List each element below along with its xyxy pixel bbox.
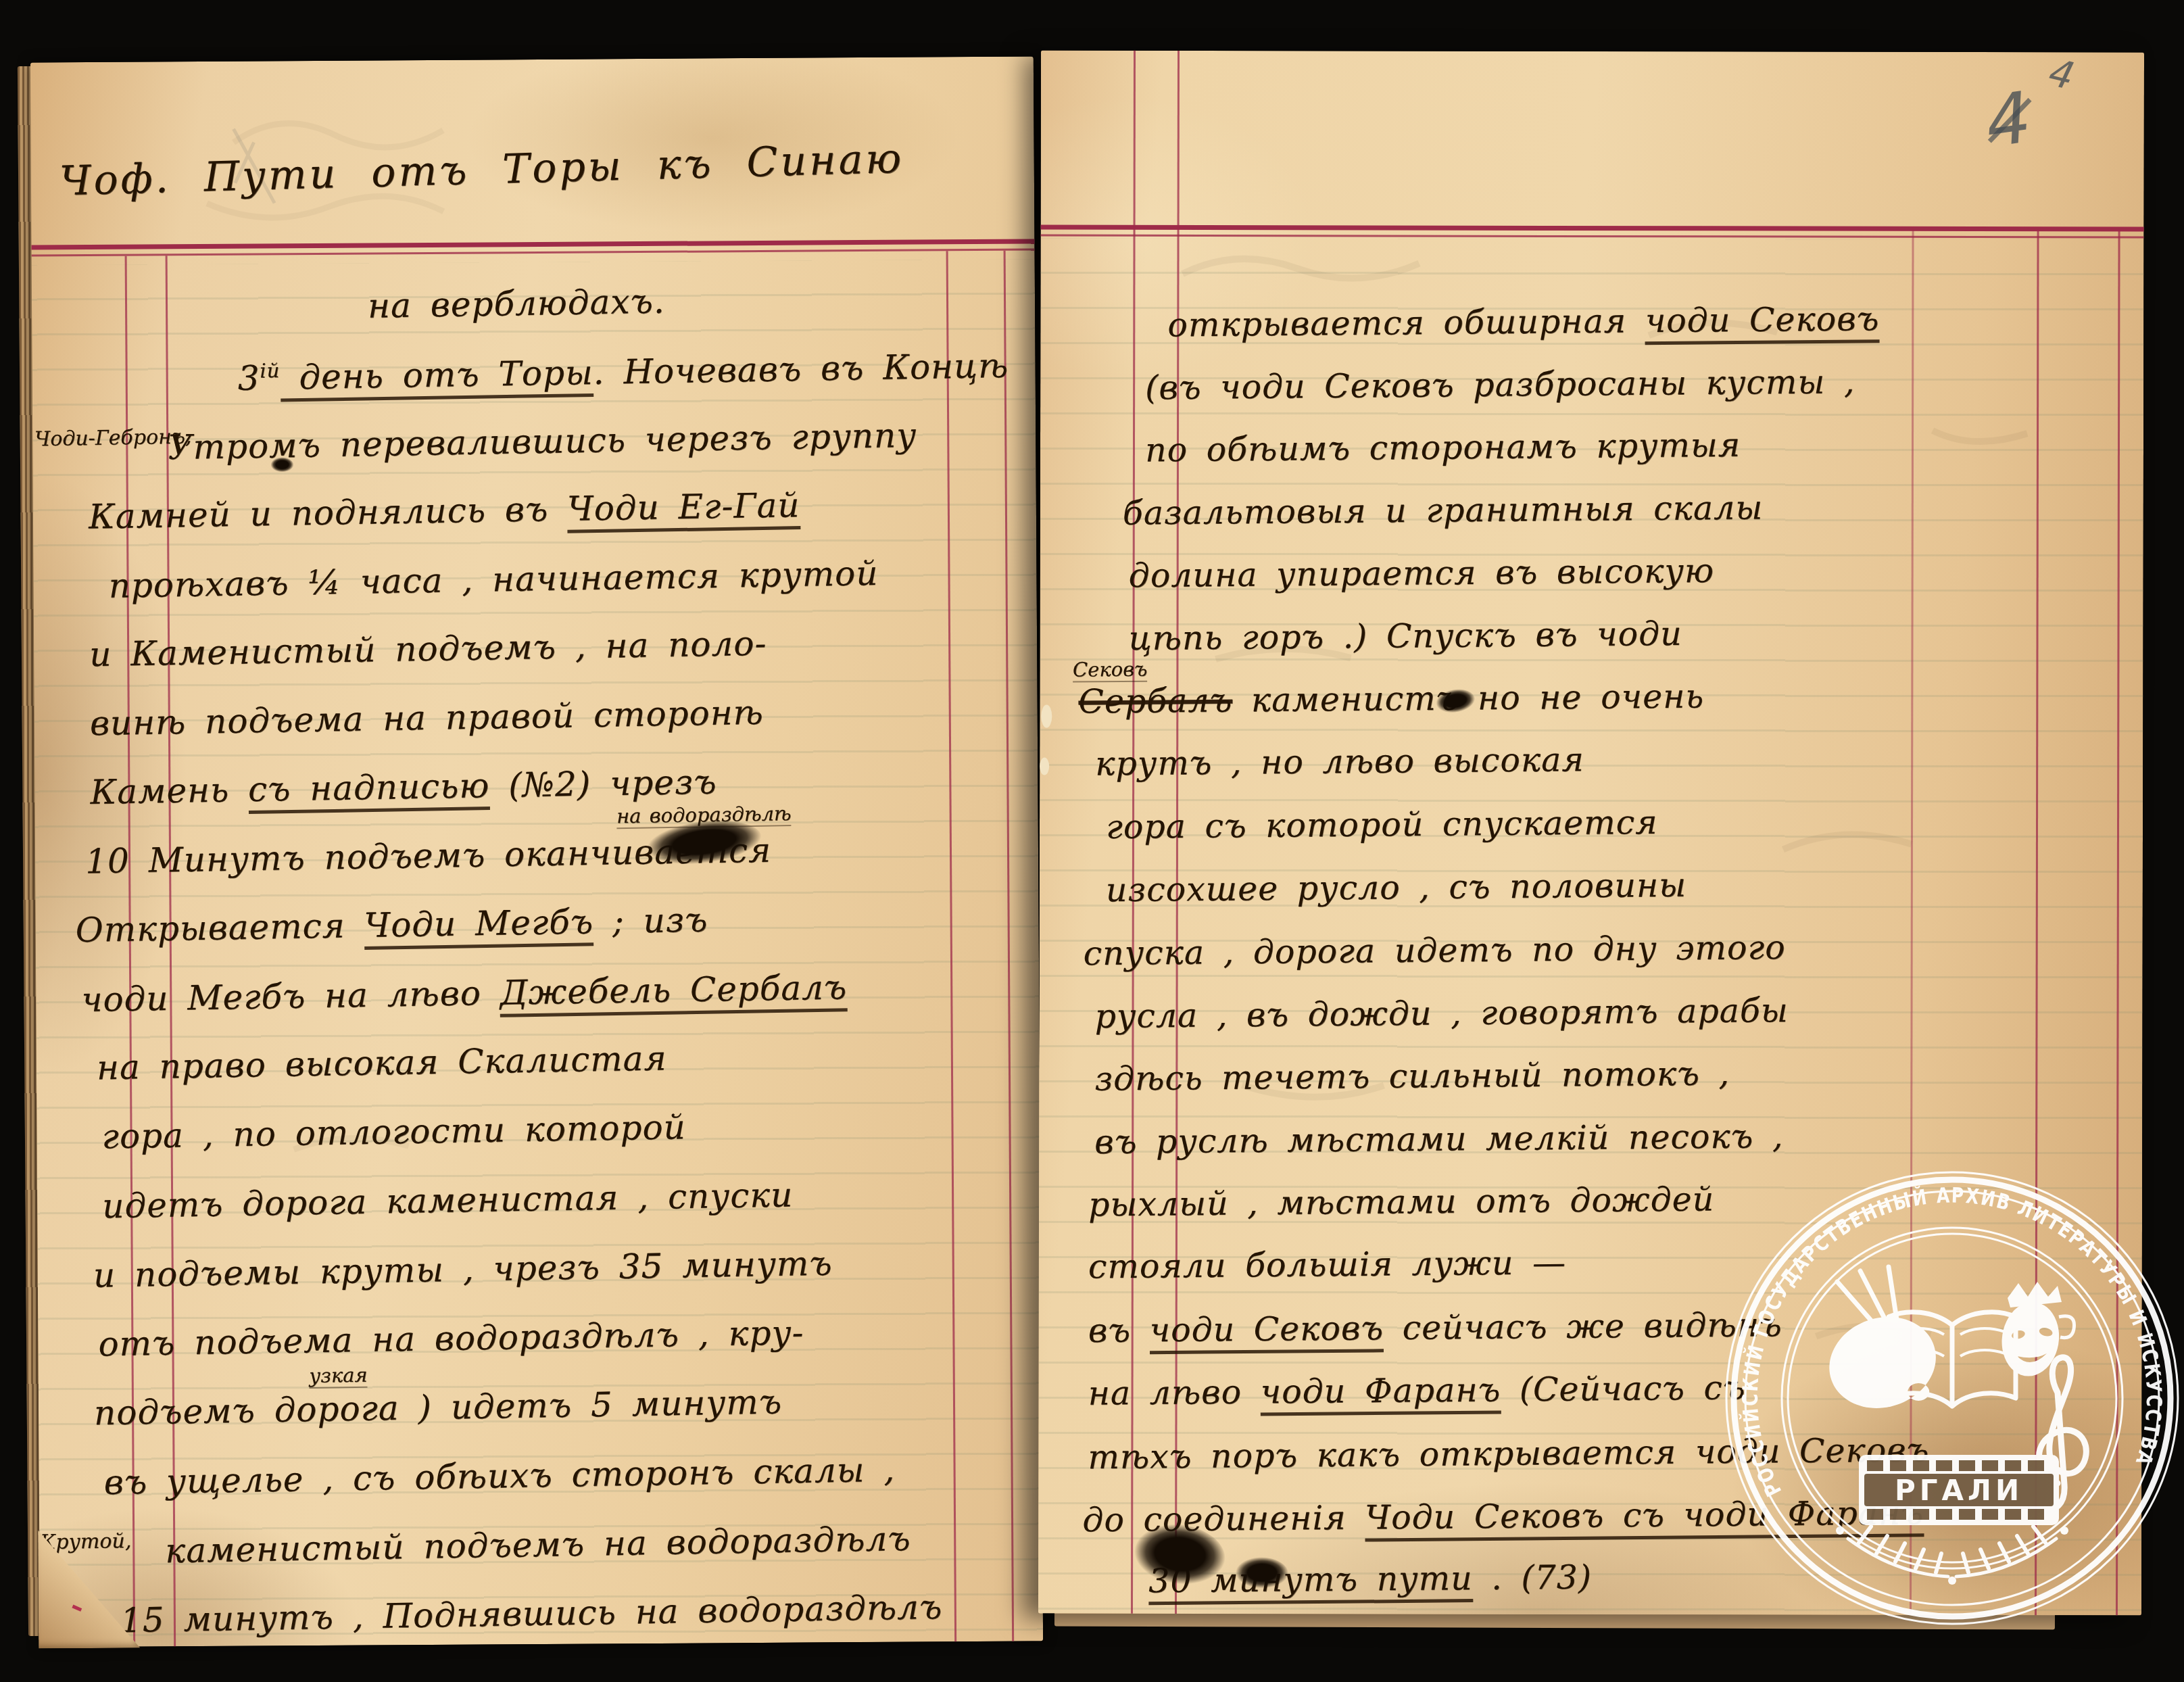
handwritten-words: гора съ которой спускается bbox=[1106, 803, 1658, 846]
manuscript-line: идетъ дорога каменистая , спуски bbox=[102, 1175, 794, 1226]
manuscript-line: (въ чоди Сековъ разбросаны кусты , bbox=[1145, 362, 1855, 407]
ink-blot bbox=[270, 457, 293, 472]
handwritten-words: рыхлый , мѣстами отъ дождей bbox=[1088, 1180, 1715, 1224]
underlined-words: Чоди Мегбъ bbox=[364, 902, 593, 950]
manuscript-line: чоди Мегбъ на лѣво Джебель Сербалъ bbox=[81, 967, 848, 1019]
handwritten-words: . Ночевавъ въ Концѣ bbox=[593, 346, 1009, 392]
handwritten-words: 15 минутъ , Поднявшись на водораздѣлъ bbox=[120, 1587, 942, 1640]
manuscript-line: гора съ которой спускается bbox=[1106, 803, 1658, 846]
manuscript-line: 15 минутъ , Поднявшись на водораздѣлъ bbox=[120, 1587, 942, 1640]
handwritten-words: базальтовыя и гранитныя скалы bbox=[1123, 488, 1764, 532]
ink-blot bbox=[1236, 1557, 1288, 1588]
manuscript-line: по обѣимъ сторонамъ крутыя bbox=[1145, 426, 1741, 470]
manuscript-line: на верблюдахъ. bbox=[368, 282, 666, 326]
handwritten-words: на верблюдахъ. bbox=[368, 282, 666, 326]
manuscript-line: и подъемы круты , чрезъ 35 минутъ bbox=[93, 1244, 833, 1295]
film-strip-icon: РГАЛИ bbox=[1859, 1455, 2059, 1525]
handwritten-words: Камень bbox=[90, 770, 249, 812]
torn-edge-chip bbox=[1040, 758, 1049, 775]
manuscript-line: Камней и поднялись въ Чоди Ег-Гай bbox=[89, 485, 800, 536]
manuscript-line: цѣпь горъ .) Спускъ въ чоди bbox=[1128, 615, 1682, 658]
manuscript-line: открывается обширная чоди Сековъ bbox=[1167, 299, 1879, 344]
manuscript-line: изсохшее русло , съ половины bbox=[1106, 866, 1687, 909]
handwritten-words: подъемъ дорога ) идетъ 5 минутъ bbox=[94, 1382, 783, 1433]
rgali-stamp: РОССИЙСКИЙ ГОСУДАРСТВЕННЫЙ АРХИВ ЛИТЕРАТ… bbox=[1716, 1160, 2184, 1633]
palette-icon bbox=[1829, 1267, 1936, 1408]
manuscript-line: Сербалъ каменистъ но не оченьСековъ bbox=[1078, 677, 1704, 721]
manuscript-line: крутъ , но лѣво высокая bbox=[1095, 740, 1584, 783]
handwritten-words: (Сейчасъ съ bbox=[1501, 1368, 1746, 1409]
manuscript-line: базальтовыя и гранитныя скалы bbox=[1123, 488, 1764, 532]
manuscript-line: проѣхавъ ¼ часа , начинается крутой bbox=[108, 554, 879, 606]
handwritten-words: гора , по отлогости которой bbox=[101, 1107, 686, 1156]
handwritten-words: . (73) bbox=[1472, 1558, 1592, 1598]
manuscript-line: и Каменистый подъемъ , на поло- bbox=[89, 624, 767, 675]
manuscript-line: гора , по отлогости которой bbox=[101, 1107, 686, 1156]
handwritten-words: стояли большія лужи — bbox=[1088, 1243, 1567, 1286]
underlined-words: съ надписью bbox=[248, 766, 490, 814]
handwritten-words: здѣсь течетъ сильный потокъ , bbox=[1094, 1054, 1730, 1098]
manuscript-line: отъ подъема на водораздѣлъ , кру- bbox=[98, 1313, 804, 1364]
manuscript-scan: Чоф. Пути отъ Торы къ Синаю на верблюдах… bbox=[0, 0, 2184, 1682]
left-page-text: на верблюдахъ.3ій день отъ Торы. Ночевав… bbox=[30, 56, 1043, 1647]
handwritten-words: въ bbox=[1088, 1311, 1149, 1350]
torn-edge-chip bbox=[1041, 705, 1052, 728]
manuscript-line: въ руслѣ мѣстами мелкій песокъ , bbox=[1094, 1117, 1784, 1161]
left-page: Чоф. Пути отъ Торы къ Синаю на верблюдах… bbox=[30, 56, 1043, 1647]
manuscript-line: здѣсь течетъ сильный потокъ , bbox=[1094, 1054, 1730, 1098]
handwritten-words: и Каменистый подъемъ , на поло- bbox=[89, 624, 767, 675]
underlined-words: Джебель Сербалъ bbox=[500, 967, 847, 1017]
underlined-words: день отъ Торы bbox=[280, 353, 593, 402]
manuscript-line: стояли большія лужи — bbox=[1088, 1243, 1567, 1286]
handwritten-words: на право высокая Скалистая bbox=[96, 1038, 667, 1087]
stamp-abbr: РГАЛИ bbox=[1895, 1474, 2023, 1507]
handwritten-words: 3 bbox=[237, 358, 260, 398]
handwritten-words: Открывается bbox=[75, 906, 364, 950]
handwritten-words: (въ чоди Сековъ разбросаны кусты , bbox=[1145, 362, 1855, 407]
interlinear-note: Сековъ bbox=[1073, 658, 1148, 683]
handwritten-words: русла , въ дожди , говорятъ арабы bbox=[1094, 991, 1789, 1036]
manuscript-line: подъемъ дорога ) идетъ 5 минутъузкая bbox=[94, 1382, 783, 1433]
handwritten-words: Камней и поднялись въ bbox=[89, 489, 568, 537]
manuscript-line: 3ій день отъ Торы. Ночевавъ въ Концѣ bbox=[237, 346, 1009, 398]
handwritten-words: долина упирается въ высокую bbox=[1128, 552, 1714, 596]
interlinear-note: узкая bbox=[309, 1364, 368, 1389]
handwritten-words: чоди Мегбъ на лѣво bbox=[81, 974, 500, 1019]
handwritten-words: и подъемы круты , чрезъ 35 минутъ bbox=[93, 1244, 833, 1295]
handwritten-words: въ ущелье , съ обѣихъ сторонъ скалы , bbox=[103, 1450, 895, 1502]
handwritten-words: до соединенія bbox=[1082, 1499, 1365, 1540]
handwritten-words: винѣ подъема на правой сторонѣ bbox=[89, 693, 764, 744]
manuscript-line: долина упирается въ высокую bbox=[1128, 552, 1714, 596]
handwritten-words: (№2) чрезъ bbox=[489, 763, 717, 806]
manuscript-line: на право высокая Скалистая bbox=[96, 1038, 667, 1087]
manuscript-line: русла , въ дожди , говорятъ арабы bbox=[1094, 991, 1789, 1036]
handwritten-words: спуска , дорога идетъ по дну этого bbox=[1083, 928, 1785, 973]
laurel-icon bbox=[1836, 1527, 2068, 1585]
manuscript-line: каменистый подъемъ на водораздѣлъКрутой, bbox=[165, 1519, 911, 1570]
handwritten-words: изсохшее русло , съ половины bbox=[1106, 866, 1687, 909]
handwritten-words: въ руслѣ мѣстами мелкій песокъ , bbox=[1094, 1117, 1784, 1161]
underlined-words: чоди Сековъ bbox=[1149, 1309, 1384, 1354]
manuscript-line: Открывается Чоди Мегбъ ; изъ bbox=[75, 900, 708, 951]
underlined-words: чоди Фаранъ bbox=[1260, 1370, 1501, 1416]
handwritten-words: ; изъ bbox=[593, 900, 708, 942]
underlined-words: чоди Сековъ bbox=[1645, 299, 1879, 345]
struck-words: Сербалъ bbox=[1078, 681, 1232, 721]
manuscript-line: въ чоди Сековъ сейчасъ же видѣнъ bbox=[1088, 1305, 1782, 1350]
handwritten-words: крутъ , но лѣво высокая bbox=[1095, 740, 1584, 783]
handwritten-words: по обѣимъ сторонамъ крутыя bbox=[1145, 426, 1741, 470]
underlined-words: Чоди Ег-Гай bbox=[567, 485, 800, 533]
manuscript-line: спуска , дорога идетъ по дну этого bbox=[1083, 928, 1785, 973]
handwritten-words: ій bbox=[260, 359, 281, 382]
handwritten-words: цѣпь горъ .) Спускъ въ чоди bbox=[1128, 615, 1682, 658]
handwritten-words: проѣхавъ ¼ часа , начинается крутой bbox=[108, 554, 879, 606]
handwritten-words: открывается обширная bbox=[1167, 302, 1645, 344]
manuscript-line: на лѣво чоди Фаранъ (Сейчасъ съ bbox=[1088, 1368, 1745, 1412]
manuscript-line: рыхлый , мѣстами отъ дождей bbox=[1088, 1180, 1715, 1224]
handwritten-words: отъ подъема на водораздѣлъ , кру- bbox=[98, 1313, 804, 1364]
handwritten-words: на лѣво bbox=[1088, 1373, 1261, 1413]
handwritten-words: каменистый подъемъ на водораздѣлъ bbox=[165, 1519, 911, 1570]
margin-note: Чоди-Гебронъ, bbox=[34, 425, 192, 452]
handwritten-words: идетъ дорога каменистая , спуски bbox=[102, 1175, 794, 1226]
manuscript-line: въ ущелье , съ обѣихъ сторонъ скалы , bbox=[103, 1450, 895, 1502]
mask-icon bbox=[2002, 1282, 2074, 1376]
manuscript-line: винѣ подъема на правой сторонѣ bbox=[89, 693, 764, 744]
